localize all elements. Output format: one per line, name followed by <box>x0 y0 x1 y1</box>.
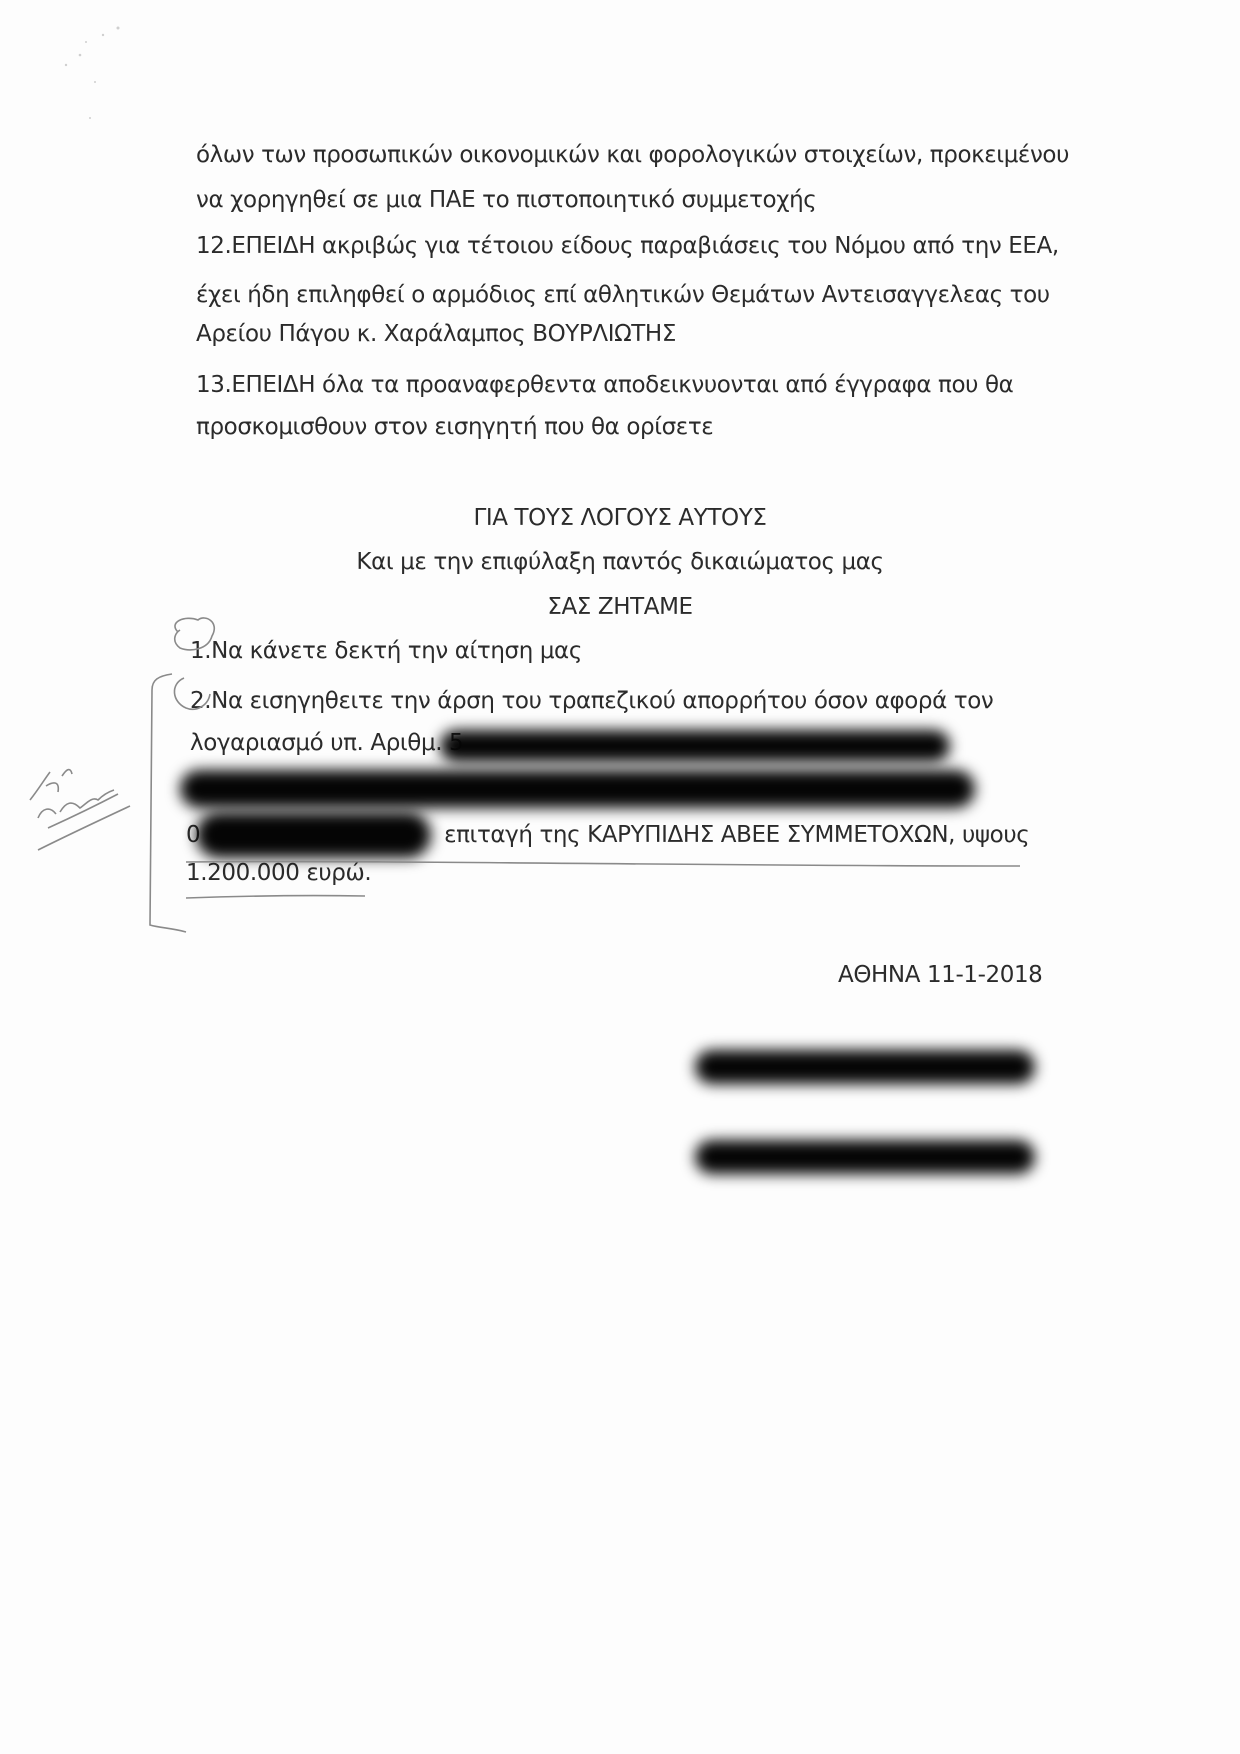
handwritten-annotations <box>0 0 1240 1000</box>
redaction-signature-2 <box>695 1140 1035 1174</box>
redaction-signature-1 <box>695 1050 1035 1084</box>
